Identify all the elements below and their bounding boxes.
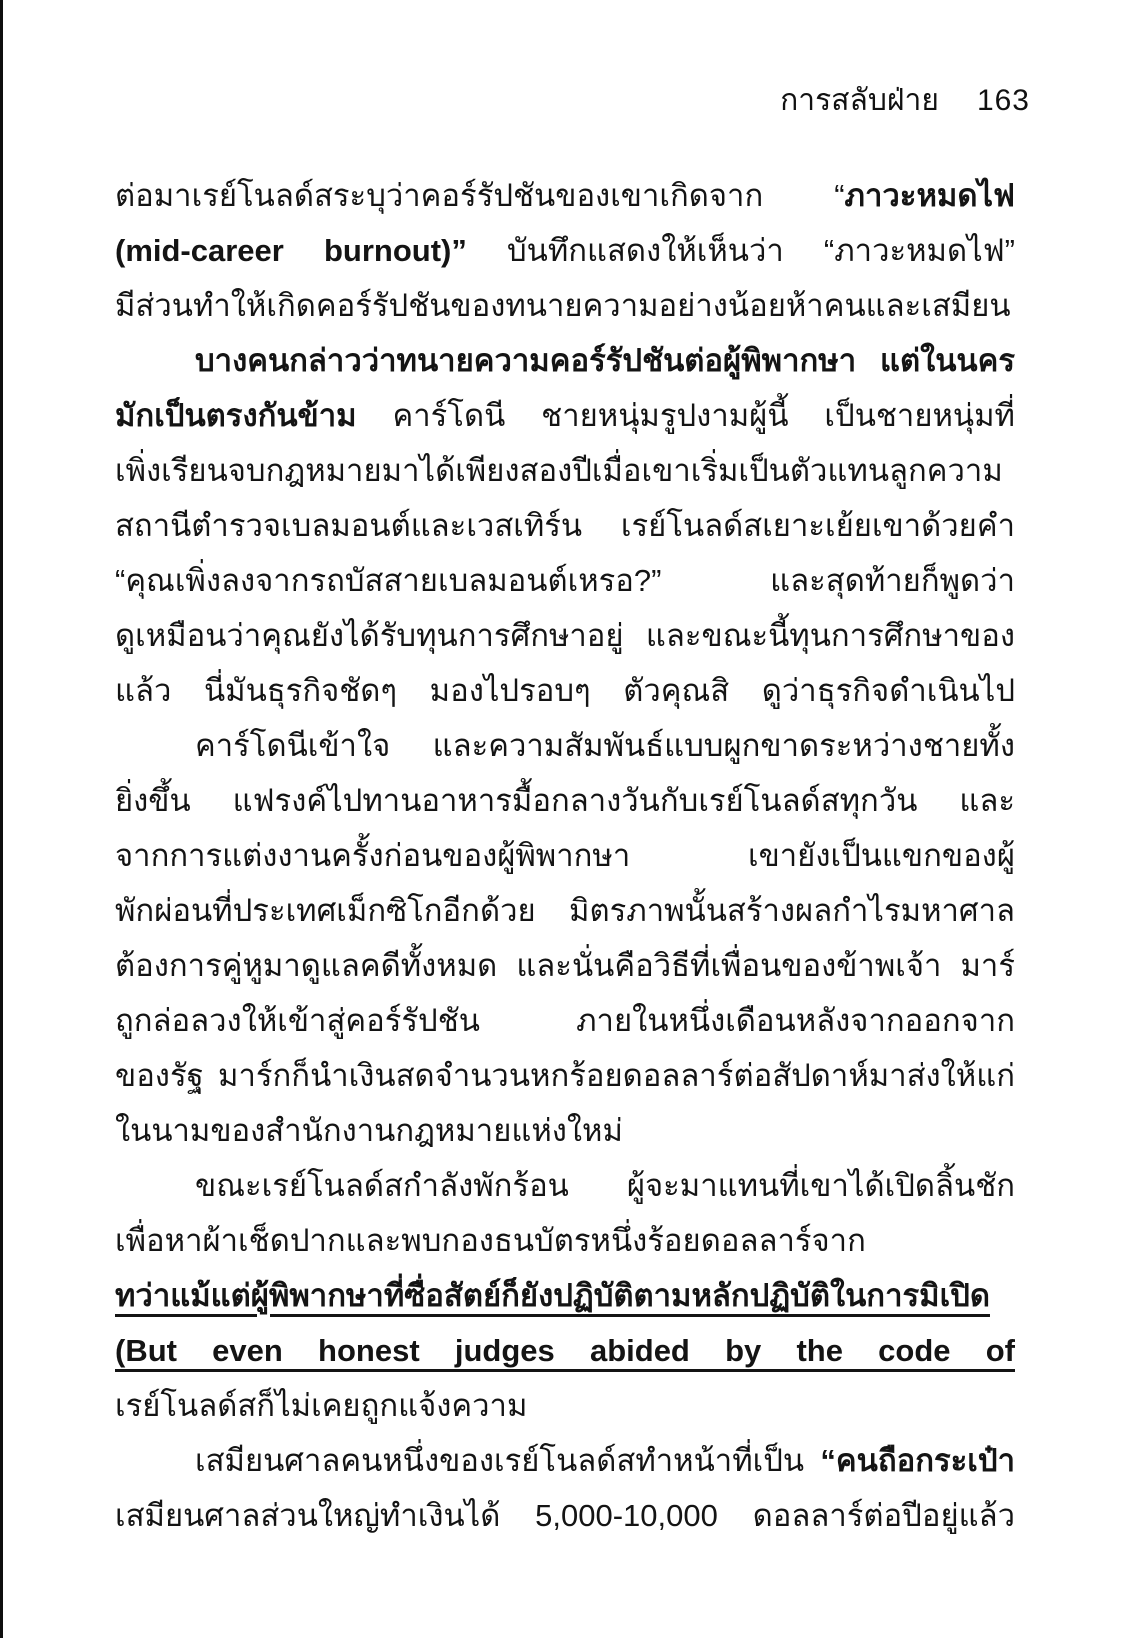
text-line: สถานีตำรวจเบลมอนต์และเวสเทิร์น เรย์โนลด์… xyxy=(115,498,1015,553)
text-line: แล้ว นี่มันธุรกิจชัดๆ มองไปรอบๆ ตัวคุณสิ… xyxy=(115,663,1015,718)
text-run: “คุณเพิ่งลงจากรถบัสสายเบลมอนต์เหรอ?” และ… xyxy=(115,563,1015,608)
page-body: ต่อมาเรย์โนลด์สระบุว่าคอร์รัปชันของเขาเก… xyxy=(115,168,1015,1543)
text-run: คาร์โดนีเข้าใจ และความสัมพันธ์แบบผูกขาดร… xyxy=(195,728,1015,773)
text-line: ถูกล่อลวงให้เข้าสู่คอร์รัปชัน ภายในหนึ่ง… xyxy=(115,993,1015,1048)
page-header: การสลับฝ่าย 163 xyxy=(115,84,1030,118)
text-run: ต้องการคู่หูมาดูแลคดีทั้งหมด และนั่นคือว… xyxy=(115,948,1015,993)
text-run: เรย์โนลด์สก็ไม่เคยถูกแจ้งความ xyxy=(115,1388,527,1423)
text-run: สถานีตำรวจเบลมอนต์และเวสเทิร์น เรย์โนลด์… xyxy=(115,508,1015,553)
text-run: แล้ว นี่มันธุรกิจชัดๆ มองไปรอบๆ ตัวคุณสิ… xyxy=(115,673,1015,718)
text-line: เพื่อหาผ้าเช็ดปากและพบกองธนบัตรหนึ่งร้อย… xyxy=(115,1213,1015,1268)
text-line: (mid-career burnout)” บันทึกแสดงให้เห็นว… xyxy=(115,223,1015,278)
text-line: “คุณเพิ่งลงจากรถบัสสายเบลมอนต์เหรอ?” และ… xyxy=(115,553,1015,608)
scan-edge-artifact xyxy=(0,0,3,1638)
text-run: บางคนกล่าวว่าทนายความคอร์รัปชันต่อผู้พิพ… xyxy=(195,343,1015,388)
text-run: พักผ่อนที่ประเทศเม็กซิโกอีกด้วย มิตรภาพน… xyxy=(115,893,1015,938)
text-run: เสมียนศาลคนหนึ่งของเรย์โนลด์สทำหน้าที่เป… xyxy=(195,1443,820,1478)
text-line: พักผ่อนที่ประเทศเม็กซิโกอีกด้วย มิตรภาพน… xyxy=(115,883,1015,938)
text-line: คาร์โดนีเข้าใจ และความสัมพันธ์แบบผูกขาดร… xyxy=(115,718,1015,773)
text-run: ของรัฐ มาร์กก็นำเงินสดจำนวนหกร้อยดอลลาร์… xyxy=(115,1058,1015,1103)
text-run: มีส่วนทำให้เกิดคอร์รัปชันของทนายความอย่า… xyxy=(115,288,1011,333)
text-line: เรย์โนลด์สก็ไม่เคยถูกแจ้งความ xyxy=(115,1378,1015,1433)
text-run: เสมียนศาลส่วนใหญ่ทำเงินได้ 5,000-10,000 … xyxy=(115,1498,1015,1543)
text-line: ในนามของสำนักงานกฎหมายแห่งใหม่ xyxy=(115,1103,1015,1158)
text-run: ดูเหมือนว่าคุณยังได้รับทุนการศึกษาอยู่ แ… xyxy=(115,618,1015,663)
book-page: การสลับฝ่าย 163 ต่อมาเรย์โนลด์สระบุว่าคอ… xyxy=(0,0,1126,1638)
text-line: ต่อมาเรย์โนลด์สระบุว่าคอร์รัปชันของเขาเก… xyxy=(115,168,1015,223)
text-line: มักเป็นตรงกันข้าม คาร์โดนี ชายหนุ่มรูปงา… xyxy=(115,388,1015,443)
text-line: ดูเหมือนว่าคุณยังได้รับทุนการศึกษาอยู่ แ… xyxy=(115,608,1015,663)
text-run: เพื่อหาผ้าเช็ดปากและพบกองธนบัตรหนึ่งร้อย… xyxy=(115,1223,866,1268)
text-line: เสมียนศาลส่วนใหญ่ทำเงินได้ 5,000-10,000 … xyxy=(115,1488,1015,1543)
text-run: จากการแต่งงานครั้งก่อนของผู้พิพากษา เขาย… xyxy=(115,838,1015,883)
text-run: ในนามของสำนักงานกฎหมายแห่งใหม่ xyxy=(115,1113,623,1148)
text-line: (But even honest judges abided by the co… xyxy=(115,1323,1015,1378)
text-line: ยิ่งขึ้น แฟรงค์ไปทานอาหารมื้อกลางวันกับเ… xyxy=(115,773,1015,828)
text-line: ทว่าแม้แต่ผู้พิพากษาที่ซื่อสัตย์ก็ยังปฏิ… xyxy=(115,1268,1015,1323)
text-line: ต้องการคู่หูมาดูแลคดีทั้งหมด และนั่นคือว… xyxy=(115,938,1015,993)
chapter-title: การสลับฝ่าย xyxy=(780,84,939,118)
text-run: ต่อมาเรย์โนลด์สระบุว่าคอร์รัปชันของเขาเก… xyxy=(115,178,845,213)
text-run: มักเป็นตรงกันข้าม xyxy=(115,398,357,433)
text-line: ขณะเรย์โนลด์สกำลังพักร้อน ผู้จะมาแทนที่เ… xyxy=(115,1158,1015,1213)
text-line: บางคนกล่าวว่าทนายความคอร์รัปชันต่อผู้พิพ… xyxy=(115,333,1015,388)
text-run: เพิ่งเรียนจบกฎหมายมาได้เพียงสองปีเมื่อเข… xyxy=(115,453,1003,498)
text-run: ถูกล่อลวงให้เข้าสู่คอร์รัปชัน ภายในหนึ่ง… xyxy=(115,1003,1015,1048)
text-line: ของรัฐ มาร์กก็นำเงินสดจำนวนหกร้อยดอลลาร์… xyxy=(115,1048,1015,1103)
text-line: เพิ่งเรียนจบกฎหมายมาได้เพียงสองปีเมื่อเข… xyxy=(115,443,1015,498)
text-run: (mid-career burnout)” xyxy=(115,233,467,268)
text-run: ทว่าแม้แต่ผู้พิพากษาที่ซื่อสัตย์ก็ยังปฏิ… xyxy=(115,1278,990,1323)
text-run: ขณะเรย์โนลด์สกำลังพักร้อน ผู้จะมาแทนที่เ… xyxy=(195,1168,1015,1213)
page-number: 163 xyxy=(977,84,1030,118)
text-line: จากการแต่งงานครั้งก่อนของผู้พิพากษา เขาย… xyxy=(115,828,1015,883)
text-line: มีส่วนทำให้เกิดคอร์รัปชันของทนายความอย่า… xyxy=(115,278,1015,333)
text-run: (But even honest judges abided by the co… xyxy=(115,1333,1015,1378)
text-line: เสมียนศาลคนหนึ่งของเรย์โนลด์สทำหน้าที่เป… xyxy=(115,1433,1015,1488)
text-run: ยิ่งขึ้น แฟรงค์ไปทานอาหารมื้อกลางวันกับเ… xyxy=(115,783,1015,828)
